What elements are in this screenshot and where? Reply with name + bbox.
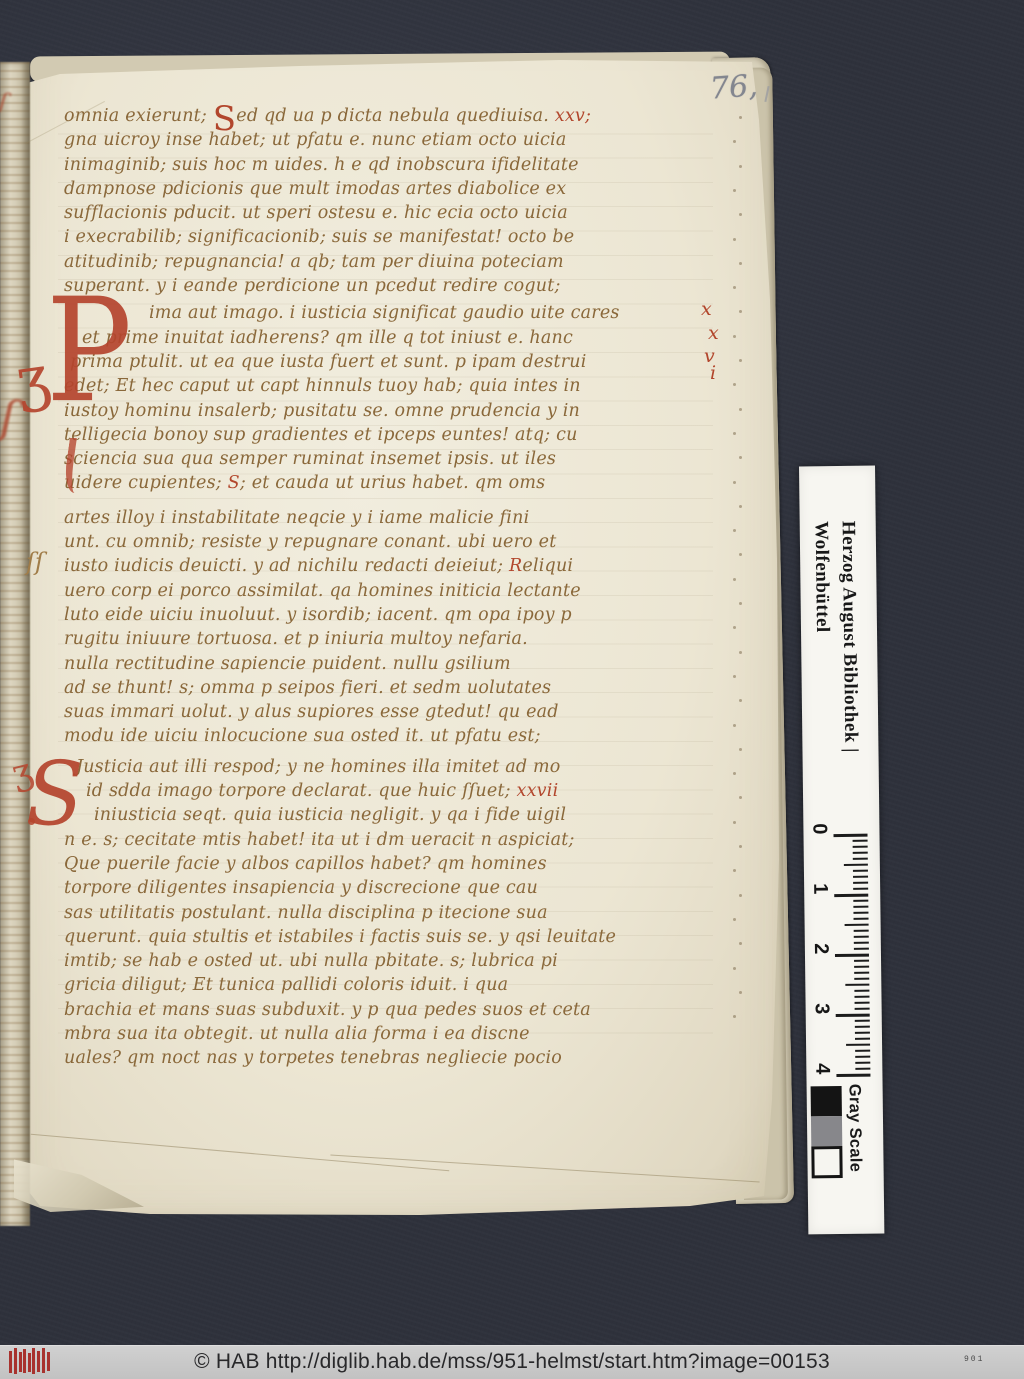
manuscript-line: uidere cupientes; S; et cauda ut urius h… (64, 471, 714, 495)
manuscript-line: Justicia aut illi respod; y ne homines i… (76, 755, 714, 779)
grayscale-swatches (811, 1086, 843, 1178)
manuscript-line: iusto iudicis deuicti. y ad nichilu reda… (64, 554, 714, 578)
manuscript-line: artes illoy i instabilitate neqcie y i i… (64, 506, 714, 530)
gutter-facing-page (0, 62, 30, 1226)
institution-label: Herzog August Bibliothek | Wolfenbüttel (808, 521, 866, 852)
manuscript-line: querunt. quia stultis et istabiles i fac… (64, 925, 714, 949)
folio-number: 76, (709, 68, 759, 106)
manuscript-line: rugitu iniuure tortuosa. et p iniuria mu… (64, 627, 714, 651)
manuscript-line: torpore diligentes insapiencia y discrec… (64, 876, 714, 900)
manuscript-line: et prime inuitat iadherens? qm ille q to… (82, 326, 714, 350)
manuscript-line: Que puerile facie y albos capillos habet… (64, 852, 714, 876)
manuscript-line: ima aut imago. i iusticia significat gau… (149, 301, 714, 325)
manuscript-line: imtib; se hab e osted ut. ubi nulla pbit… (64, 949, 714, 973)
manuscript-line: dampnose pdicionis que mult imodas artes… (64, 177, 714, 201)
manuscript-line: nulla rectitudine sapiencie puident. nul… (64, 652, 714, 676)
ruler-cm-numbers: 01234 (799, 466, 875, 467)
manuscript-line: modu ide uiciu inlocucione sua osted it.… (64, 724, 714, 748)
caption-bar: © HAB http://diglib.hab.de/mss/951-helms… (0, 1345, 1024, 1379)
manuscript-line: prima ptulit. ut ea que iusta fuert et s… (70, 350, 714, 374)
grayscale-label: Gray Scale (845, 1084, 865, 1194)
red-initial-P: ʒ P (20, 288, 132, 416)
manuscript-line: iniusticia seqt. quia iusticia negligit.… (94, 803, 714, 827)
manuscript-line: uales? qm noct nas y torpetes tenebras n… (64, 1046, 714, 1070)
manuscript-line: sas utilitatis postulant. nulla discipli… (64, 901, 714, 925)
manuscript-line: sufflacionis pducit. ut speri ostesu e. … (64, 201, 714, 225)
manuscript-line: atitudinib; repugnancia! a qb; tam per d… (64, 250, 714, 274)
manuscript-line: edet; Et hec caput ut capt hinnuls tuoy … (64, 374, 714, 398)
manuscript-line: ad se thunt! s; omma p seipos fieri. et … (64, 676, 714, 700)
photo-stage: ʃ ʃ 76, omnia exierunt; Sed qd ua p dict… (0, 0, 1024, 1379)
manuscript-line: sciencia sua qua semper ruminat insemet … (64, 447, 714, 471)
color-ruler-card: Herzog August Bibliothek | Wolfenbüttel … (799, 466, 884, 1235)
manuscript-line: gricia diligut; Et tunica pallidi colori… (64, 973, 714, 997)
manuscript-line: i execrabilib; significacionib; suis se … (64, 225, 714, 249)
manuscript-line: n e. s; cecitate mtis habet! ita ut i dm… (64, 828, 714, 852)
manuscript-line: suas immari uolut. y alus supiores esse … (64, 700, 714, 724)
manuscript-text: omnia exierunt; Sed qd ua p dicta nebula… (64, 104, 714, 1071)
margin-paragraph-mark: ſſ (26, 548, 44, 576)
manuscript-line: mbra sua ita obtegit. ut nulla alia form… (64, 1022, 714, 1046)
caption-url-text: © HAB http://diglib.hab.de/mss/951-helms… (0, 1350, 1024, 1374)
manuscript-line: unt. cu omnib; resiste y repugnare conan… (64, 530, 714, 554)
manuscript-line: gna uicroy inse habet; ut pfatu e. nunc … (64, 128, 714, 152)
red-margin-dot (28, 818, 35, 825)
manuscript-line: iustoy hominu insalerb; pusitatu se. omn… (64, 399, 714, 423)
manuscript-line: inimaginib; suis hoc m uides. h e qd ino… (64, 153, 714, 177)
manuscript-line: omnia exierunt; Sed qd ua p dicta nebula… (64, 104, 714, 128)
manuscript-line: telligecia bonoy sup gradientes et ipcep… (64, 423, 714, 447)
manuscript-line: superant. y i eande perdicione un pcedut… (64, 274, 714, 298)
manuscript-line: brachia et mans suas subduxit. y p qua p… (64, 998, 714, 1022)
red-initial-S: S (26, 750, 84, 838)
manuscript-line: uero corp ei porco assimilat. qa homines… (64, 579, 714, 603)
caption-side-mark: 901 (964, 1355, 984, 1364)
manuscript-line: id sdda imago torpore declarat. que huic… (86, 779, 714, 803)
manuscript-line: luto eide uiciu inuoluut. y isordib; iac… (64, 603, 714, 627)
ruler-ticks (831, 834, 870, 1080)
